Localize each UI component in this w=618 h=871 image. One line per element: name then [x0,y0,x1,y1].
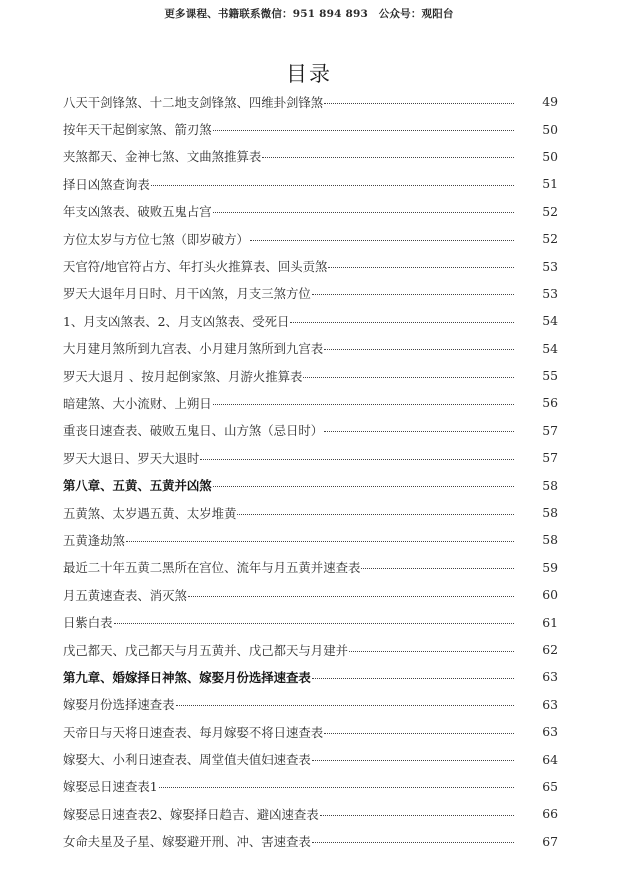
toc-entry-title: 1、月支凶煞表、2、月支凶煞表、受死日 [63,312,289,330]
toc-entry[interactable]: 嫁娶忌日速查表165 [63,773,558,800]
toc-entry-page-number: 63 [536,669,558,684]
dot-leader [213,122,514,136]
dot-leader [361,560,514,574]
table-of-contents: 八天干剑锋煞、十二地支剑锋煞、四维卦剑锋煞49按年天干起倒家煞、箭刃煞50夹煞都… [63,88,558,855]
toc-entry[interactable]: 月五黄速查表、消灭煞60 [63,581,558,608]
toc-entry-page-number: 52 [536,204,558,219]
dot-leader [159,779,514,793]
toc-entry-page-number: 50 [536,149,558,164]
toc-entry-title: 大月建月煞所到九宫表、小月建月煞所到九宫表 [63,339,323,357]
toc-entry[interactable]: 年支凶煞表、破败五鬼占宫52 [63,198,558,225]
dot-leader [290,314,514,328]
dot-leader [320,807,514,821]
toc-entry-page-number: 58 [536,532,558,547]
toc-entry[interactable]: 五黄煞、太岁遇五黄、太岁堆黄58 [63,499,558,526]
toc-entry-page-number: 54 [536,313,558,328]
toc-entry-page-number: 63 [536,724,558,739]
dot-leader [312,752,514,766]
toc-entry-title: 方位太岁与方位七煞（即岁破方） [63,230,249,248]
toc-entry[interactable]: 夹煞都天、金神七煞、文曲煞推算表50 [63,143,558,170]
dot-leader [262,149,514,163]
dot-leader [151,177,514,191]
toc-entry[interactable]: 嫁娶月份选择速查表63 [63,691,558,718]
toc-entry-page-number: 54 [536,341,558,356]
dot-leader [126,533,514,547]
toc-chapter-heading[interactable]: 第九章、婚嫁择日神煞、嫁娶月份选择速查表63 [63,663,558,690]
toc-entry[interactable]: 暗建煞、大小流财、上朔日56 [63,389,558,416]
toc-entry-title: 择日凶煞查询表 [63,175,150,193]
dot-leader [213,478,514,492]
toc-entry-title: 罗天大退年月日时、月干凶煞，月支三煞方位 [63,284,311,302]
toc-entry[interactable]: 嫁娶大、小利日速查表、周堂值夫值妇速查表64 [63,745,558,772]
toc-entry-page-number: 49 [536,94,558,109]
toc-entry-page-number: 57 [536,423,558,438]
toc-entry[interactable]: 罗天大退年月日时、月干凶煞，月支三煞方位53 [63,280,558,307]
dot-leader [213,204,514,218]
toc-entry-page-number: 58 [536,505,558,520]
toc-entry[interactable]: 天官符/地官符占方、年打头火推算表、回头贡煞53 [63,252,558,279]
toc-entry[interactable]: 择日凶煞查询表51 [63,170,558,197]
toc-entry[interactable]: 按年天干起倒家煞、箭刃煞50 [63,115,558,142]
dot-leader [324,423,514,437]
dot-leader [114,615,514,629]
header-contact-note: 更多课程、书籍联系微信：951 894 893 公众号：观阳台 [0,6,618,21]
toc-entry-title: 八天干剑锋煞、十二地支剑锋煞、四维卦剑锋煞 [63,93,323,111]
toc-entry-title: 嫁娶大、小利日速查表、周堂值夫值妇速查表 [63,750,311,768]
dot-leader [324,725,514,739]
dot-leader [324,95,514,109]
toc-entry-page-number: 62 [536,642,558,657]
toc-entry-page-number: 58 [536,478,558,493]
toc-entry[interactable]: 大月建月煞所到九宫表、小月建月煞所到九宫表54 [63,335,558,362]
dot-leader [312,670,514,684]
toc-entry-page-number: 53 [536,259,558,274]
dot-leader [237,506,514,520]
dot-leader [200,451,514,465]
toc-entry-title: 嫁娶忌日速查表2、嫁娶择日趋吉、避凶速查表 [63,805,319,823]
toc-chapter-heading[interactable]: 第八章、五黄、五黄并凶煞58 [63,471,558,498]
toc-entry-title: 五黄煞、太岁遇五黄、太岁堆黄 [63,504,236,522]
dot-leader [324,341,514,355]
dot-leader [176,697,514,711]
toc-entry-title: 重丧日速查表、破败五鬼日、山方煞（忌日时） [63,421,323,439]
toc-entry-title: 月五黄速查表、消灭煞 [63,586,187,604]
dot-leader [188,588,514,602]
toc-entry-page-number: 63 [536,697,558,712]
toc-entry-page-number: 66 [536,806,558,821]
dot-leader [328,259,514,273]
toc-entry[interactable]: 罗天大退日、罗天大退时57 [63,444,558,471]
toc-entry-title: 日紫白表 [63,613,113,631]
toc-entry-page-number: 67 [536,834,558,849]
toc-entry-title: 女命夫星及子星、嫁娶避开刑、冲、害速查表 [63,832,311,850]
toc-entry[interactable]: 五黄逢劫煞58 [63,526,558,553]
toc-entry-title: 嫁娶忌日速查表1 [63,777,158,795]
toc-entry-title: 天官符/地官符占方、年打头火推算表、回头贡煞 [63,257,327,275]
toc-entry[interactable]: 重丧日速查表、破败五鬼日、山方煞（忌日时）57 [63,417,558,444]
dot-leader [312,286,514,300]
toc-entry[interactable]: 戊己都天、戊己都天与月五黄并、戊己都天与月建并62 [63,636,558,663]
toc-entry-title: 第八章、五黄、五黄并凶煞 [63,476,212,494]
toc-entry[interactable]: 天帝日与天将日速查表、每月嫁娶不将日速查表63 [63,718,558,745]
dot-leader [349,643,514,657]
toc-entry-page-number: 57 [536,450,558,465]
toc-entry-title: 按年天干起倒家煞、箭刃煞 [63,120,212,138]
toc-entry-page-number: 60 [536,587,558,602]
toc-entry[interactable]: 嫁娶忌日速查表2、嫁娶择日趋吉、避凶速查表66 [63,800,558,827]
toc-entry-page-number: 61 [536,615,558,630]
toc-entry[interactable]: 日紫白表61 [63,608,558,635]
toc-entry[interactable]: 方位太岁与方位七煞（即岁破方）52 [63,225,558,252]
toc-entry-title: 第九章、婚嫁择日神煞、嫁娶月份选择速查表 [63,668,311,686]
toc-entry[interactable]: 最近二十年五黄二黑所在宫位、流年与月五黄并速查表59 [63,554,558,581]
toc-entry[interactable]: 罗天大退月 、按月起倒家煞、月游火推算表55 [63,362,558,389]
dot-leader [303,369,514,383]
toc-entry-page-number: 53 [536,286,558,301]
toc-entry-page-number: 65 [536,779,558,794]
toc-entry-page-number: 50 [536,122,558,137]
toc-entry-title: 年支凶煞表、破败五鬼占宫 [63,202,212,220]
toc-entry-page-number: 56 [536,395,558,410]
toc-entry-page-number: 51 [536,176,558,191]
dot-leader [213,396,514,410]
toc-entry-title: 暗建煞、大小流财、上朔日 [63,394,212,412]
toc-entry-title: 五黄逢劫煞 [63,531,125,549]
toc-entry-title: 天帝日与天将日速查表、每月嫁娶不将日速查表 [63,723,323,741]
toc-entry-title: 罗天大退月 、按月起倒家煞、月游火推算表 [63,367,302,385]
toc-entry-title: 戊己都天、戊己都天与月五黄并、戊己都天与月建并 [63,641,348,659]
dot-leader [250,232,514,246]
toc-entry-page-number: 64 [536,752,558,767]
toc-entry-title: 罗天大退日、罗天大退时 [63,449,199,467]
toc-entry[interactable]: 1、月支凶煞表、2、月支凶煞表、受死日54 [63,307,558,334]
toc-entry-page-number: 55 [536,368,558,383]
toc-entry-title: 夹煞都天、金神七煞、文曲煞推算表 [63,147,261,165]
toc-entry[interactable]: 八天干剑锋煞、十二地支剑锋煞、四维卦剑锋煞49 [63,88,558,115]
dot-leader [312,834,514,848]
toc-entry-title: 嫁娶月份选择速查表 [63,695,175,713]
toc-entry[interactable]: 女命夫星及子星、嫁娶避开刑、冲、害速查表67 [63,828,558,855]
toc-entry-page-number: 52 [536,231,558,246]
toc-entry-title: 最近二十年五黄二黑所在宫位、流年与月五黄并速查表 [63,558,360,576]
page-title: 目录 [0,58,618,88]
toc-entry-page-number: 59 [536,560,558,575]
